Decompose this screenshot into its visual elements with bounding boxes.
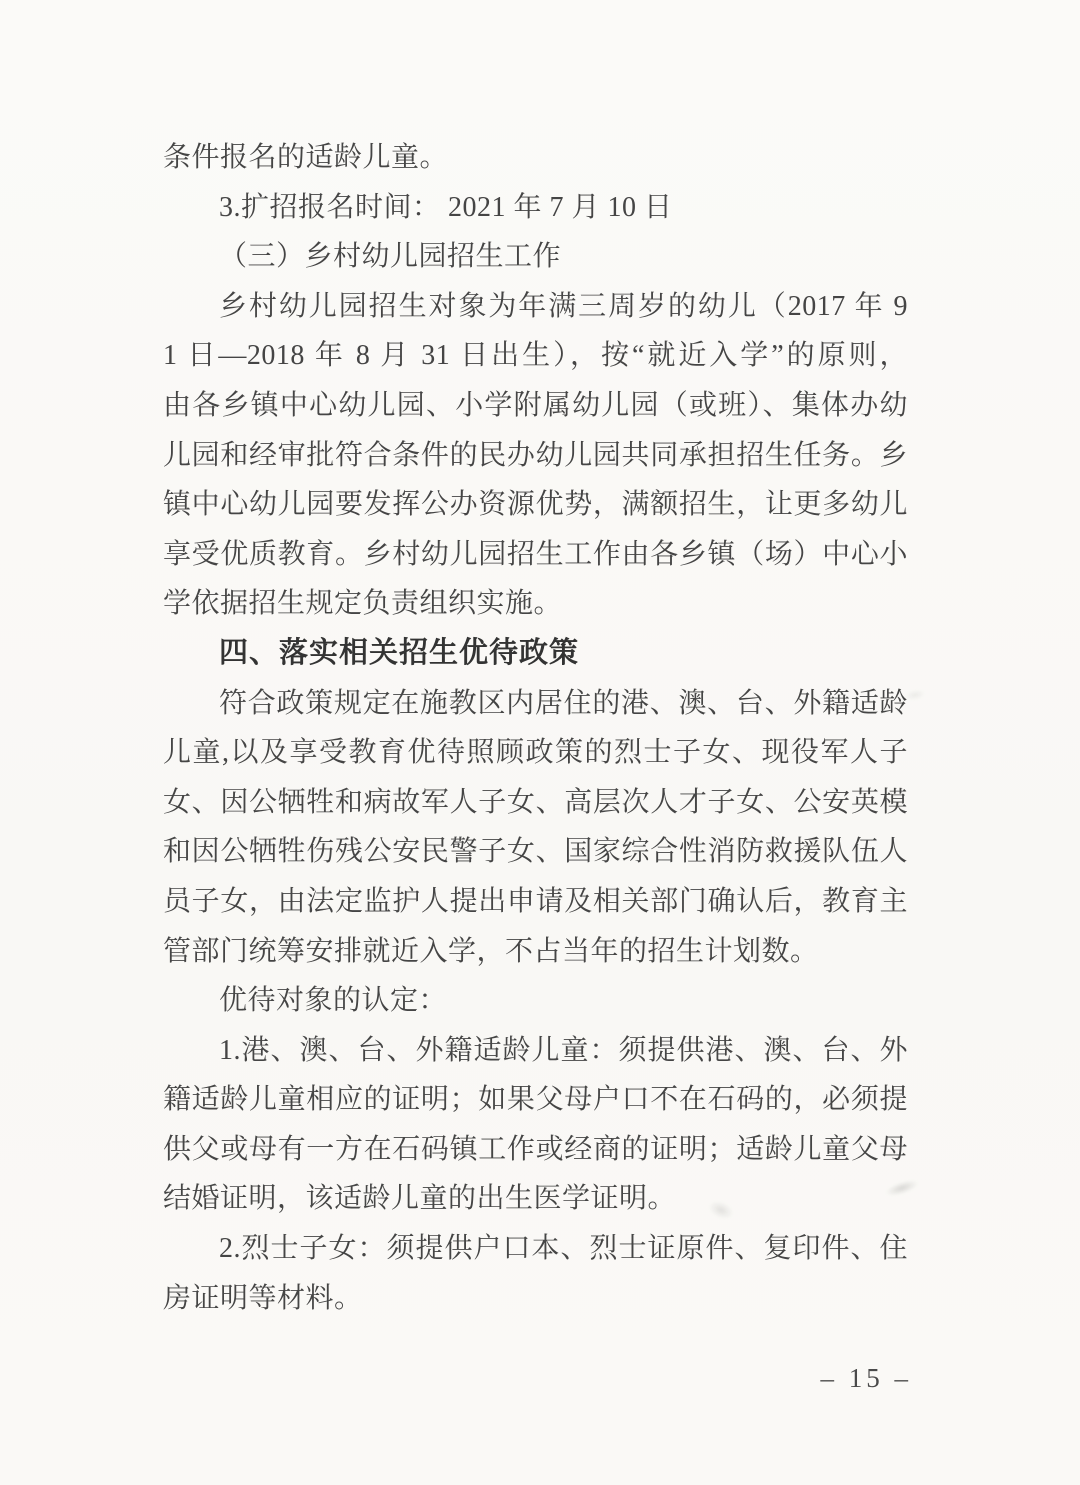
text-line: 籍适龄儿童相应的证明；如果父母户口不在石码的，必须提	[163, 1075, 908, 1125]
text-line: 条件报名的适龄儿童。	[163, 133, 908, 183]
text-line: 符合政策规定在施教区内居住的港、澳、台、外籍适龄	[163, 679, 908, 729]
text-line: 供父或母有一方在石码镇工作或经商的证明；适龄儿童父母	[163, 1125, 908, 1175]
document-body: 条件报名的适龄儿童。 3.扩招报名时间： 2021 年 7 月 10 日 （三）…	[163, 133, 908, 1323]
text-line: 享受优质教育。乡村幼儿园招生工作由各乡镇（场）中心小	[163, 530, 908, 580]
text-line: 管部门统筹安排就近入学，不占当年的招生计划数。	[163, 927, 908, 977]
text-line: 优待对象的认定：	[163, 976, 908, 1026]
text-line: 结婚证明，该适龄儿童的出生医学证明。	[163, 1174, 908, 1224]
text-line: 员子女，由法定监护人提出申请及相关部门确认后，教育主	[163, 877, 908, 927]
text-line: 乡村幼儿园招生对象为年满三周岁的幼儿（2017 年 9 月	[163, 282, 908, 332]
text-line: 镇中心幼儿园要发挥公办资源优势，满额招生，让更多幼儿	[163, 480, 908, 530]
section-heading: 四、落实相关招生优待政策	[163, 629, 908, 679]
text-line: 儿童,以及享受教育优待照顾政策的烈士子女、现役军人子	[163, 728, 908, 778]
text-line: 女、因公牺牲和病故军人子女、高层次人才子女、公安英模	[163, 778, 908, 828]
text-line: 和因公牺牲伤残公安民警子女、国家综合性消防救援队伍人	[163, 827, 908, 877]
text-line: 房证明等材料。	[163, 1274, 908, 1324]
text-line: 学依据招生规定负责组织实施。	[163, 579, 908, 629]
page-number: – 15 –	[821, 1353, 913, 1403]
text-line: 2.烈士子女：须提供户口本、烈士证原件、复印件、住	[163, 1224, 908, 1274]
text-line: （三）乡村幼儿园招生工作	[163, 232, 908, 282]
text-line: 儿园和经审批符合条件的民办幼儿园共同承担招生任务。乡	[163, 431, 908, 481]
text-line: 3.扩招报名时间： 2021 年 7 月 10 日	[163, 183, 908, 233]
text-line: 1 日—2018 年 8 月 31 日出生），按“就近入学”的原则，	[163, 331, 908, 381]
document-page: 条件报名的适龄儿童。 3.扩招报名时间： 2021 年 7 月 10 日 （三）…	[0, 0, 1080, 1485]
text-line: 1.港、澳、台、外籍适龄儿童：须提供港、澳、台、外	[163, 1026, 908, 1076]
text-line: 由各乡镇中心幼儿园、小学附属幼儿园（或班）、集体办幼	[163, 381, 908, 431]
